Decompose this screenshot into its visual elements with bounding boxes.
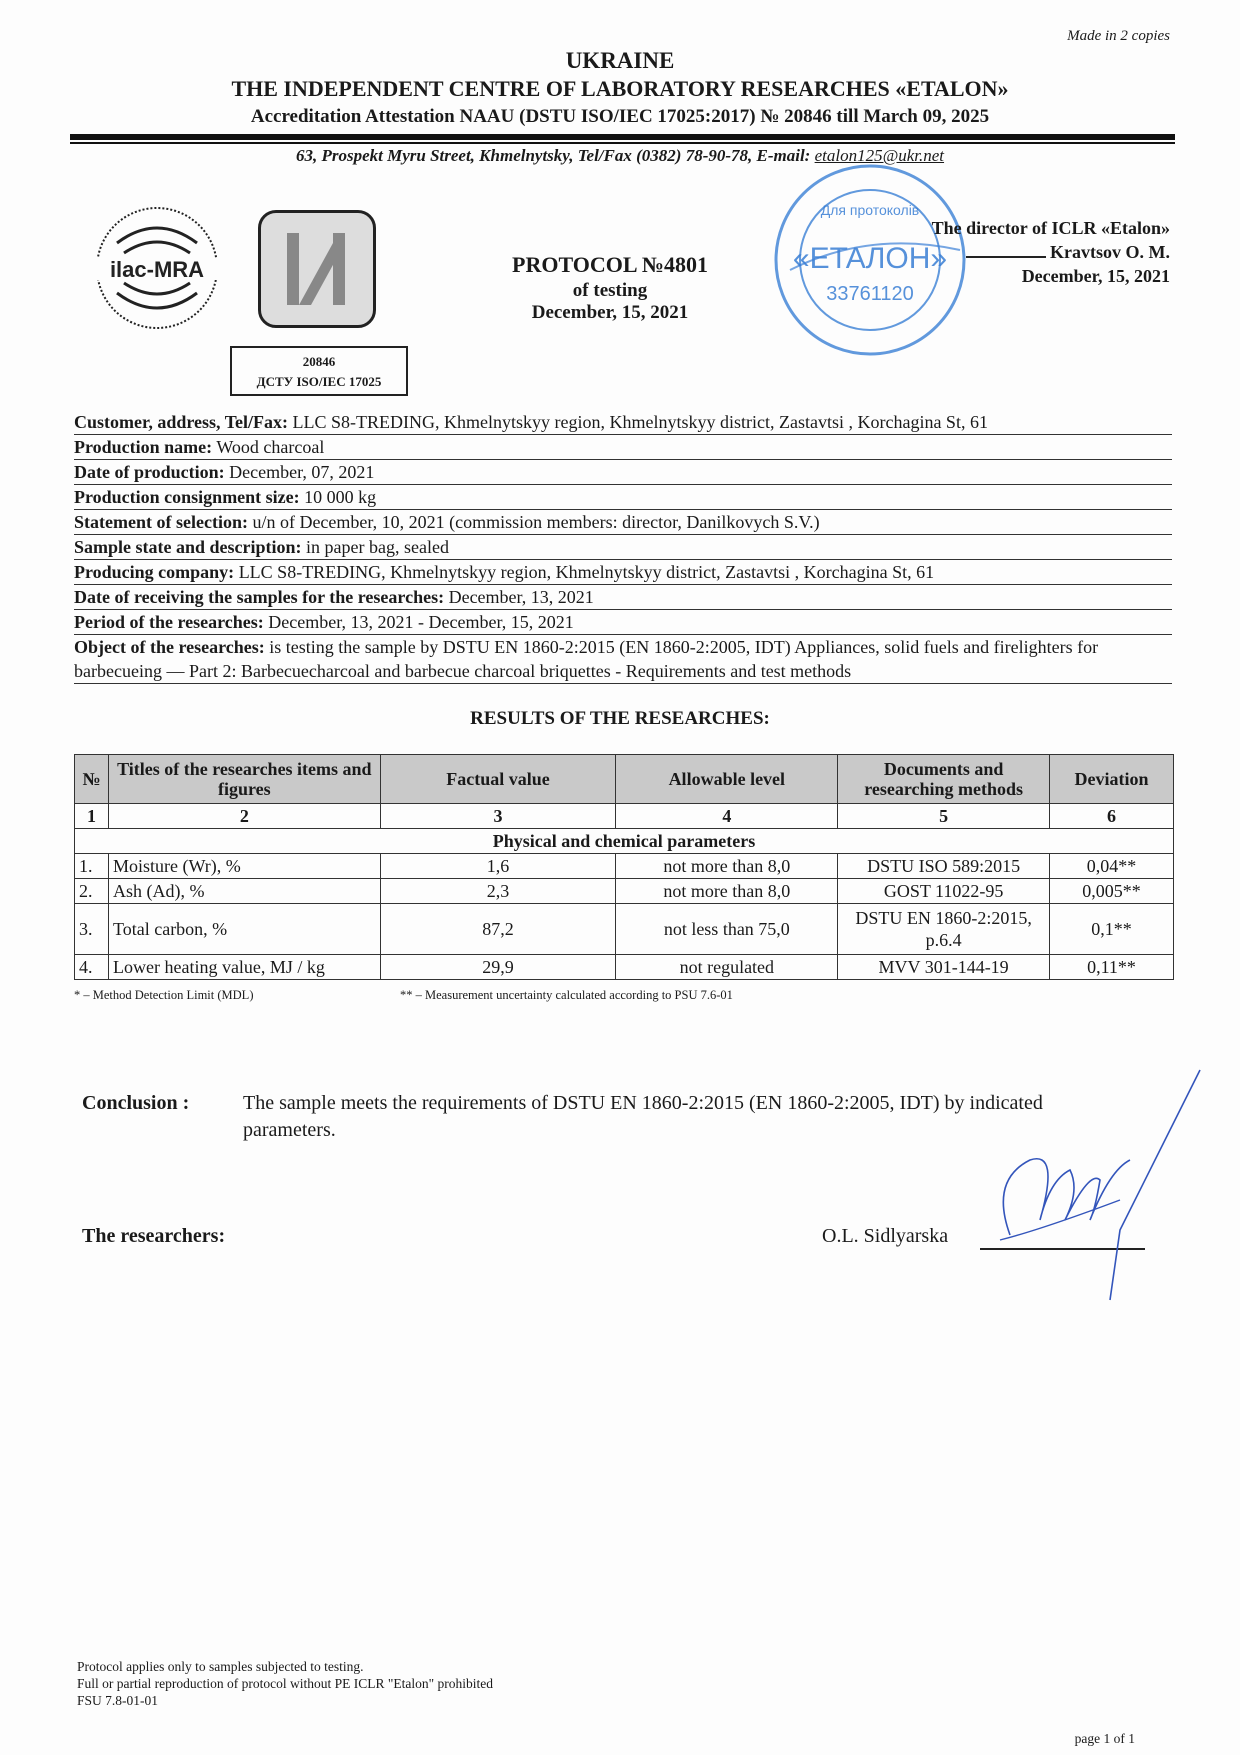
conclusion-label: Conclusion : bbox=[82, 1092, 189, 1115]
page-number: page 1 of 1 bbox=[1075, 1731, 1135, 1747]
director-signature-line bbox=[966, 256, 1046, 258]
results-table: № Titles of the researches items and fig… bbox=[74, 754, 1174, 980]
field-producing-company: Producing company: LLC S8-TREDING, Khmel… bbox=[74, 560, 1172, 585]
column-number-row: 1 2 3 4 5 6 bbox=[75, 804, 1174, 829]
ilac-mra-logo-icon: ilac-MRA bbox=[92, 203, 222, 333]
field-period-of-researches: Period of the researches: December, 13, … bbox=[74, 610, 1172, 635]
table-row: 2. Ash (Ad), % 2,3 not more than 8,0 GOS… bbox=[75, 879, 1174, 904]
table-row: 3. Total carbon, % 87,2 not less than 75… bbox=[75, 904, 1174, 955]
table-header-row: № Titles of the researches items and fig… bbox=[75, 755, 1174, 804]
accreditation-number: 20846 bbox=[232, 352, 406, 372]
svg-text:ilac-MRA: ilac-MRA bbox=[110, 257, 204, 282]
protocol-title: PROTOCOL №4801 bbox=[495, 252, 725, 278]
header-rule-thick bbox=[70, 134, 1175, 140]
director-title: The director of ICLR «Etalon» bbox=[870, 216, 1170, 240]
researcher-name: O.L. Sidlyarska bbox=[822, 1225, 948, 1248]
protocol-subtitle: of testing bbox=[495, 280, 725, 302]
col-header-deviation: Deviation bbox=[1050, 755, 1174, 804]
accreditation-number-box: 20846 ДСТУ ISO/IEC 17025 bbox=[230, 346, 408, 396]
national-accreditation-logo-icon bbox=[258, 210, 376, 328]
field-date-of-receiving: Date of receiving the samples for the re… bbox=[74, 585, 1172, 610]
field-production-name: Production name: Wood charcoal bbox=[74, 435, 1172, 460]
field-sample-state: Sample state and description: in paper b… bbox=[74, 535, 1172, 560]
header-country: UKRAINE bbox=[0, 48, 1240, 74]
header-organization: THE INDEPENDENT CENTRE OF LABORATORY RES… bbox=[0, 76, 1240, 102]
col-header-method: Documents and researching methods bbox=[838, 755, 1050, 804]
field-statement-of-selection: Statement of selection: u/n of December,… bbox=[74, 510, 1172, 535]
header-rule-thin bbox=[70, 142, 1175, 144]
results-title: RESULTS OF THE RESEARCHES: bbox=[0, 708, 1240, 730]
col-header-factual: Factual value bbox=[380, 755, 616, 804]
director-block: The director of ICLR «Etalon» Kravtsov O… bbox=[870, 216, 1170, 288]
director-date: December, 15, 2021 bbox=[870, 264, 1170, 288]
footer-line-3: FSU 7.8-01-01 bbox=[77, 1692, 493, 1709]
protocol-date: December, 15, 2021 bbox=[495, 302, 725, 324]
field-consignment-size: Production consignment size: 10 000 kg bbox=[74, 485, 1172, 510]
signature-icon bbox=[970, 1060, 1210, 1310]
address-text: 63, Prospekt Myru Street, Khmelnytsky, T… bbox=[296, 146, 815, 165]
footer-line-2: Full or partial reproduction of protocol… bbox=[77, 1675, 493, 1692]
col-header-title: Titles of the researches items and figur… bbox=[108, 755, 380, 804]
director-name: Kravtsov O. M. bbox=[1050, 242, 1170, 262]
copies-note: Made in 2 copies bbox=[1067, 28, 1170, 45]
table-row: 1. Moisture (Wr), % 1,6 not more than 8,… bbox=[75, 854, 1174, 879]
protocol-fields: Customer, address, Tel/Fax: LLC S8-TREDI… bbox=[74, 410, 1172, 684]
section-row: Physical and chemical parameters bbox=[75, 829, 1174, 854]
footer-line-1: Protocol applies only to samples subject… bbox=[77, 1658, 493, 1675]
table-row: 4. Lower heating value, MJ / kg 29,9 not… bbox=[75, 955, 1174, 980]
researchers-label: The researchers: bbox=[82, 1225, 225, 1248]
footnote-mdl: * – Method Detection Limit (MDL) bbox=[74, 988, 253, 1003]
footer-notes: Protocol applies only to samples subject… bbox=[77, 1658, 493, 1709]
protocol-title-block: PROTOCOL №4801 of testing December, 15, … bbox=[495, 252, 725, 324]
field-object-of-researches: Object of the researches: is testing the… bbox=[74, 635, 1172, 684]
accreditation-standard: ДСТУ ISO/IEC 17025 bbox=[232, 372, 406, 392]
col-header-allowable: Allowable level bbox=[616, 755, 838, 804]
header-accreditation: Accreditation Attestation NAAU (DSTU ISO… bbox=[0, 106, 1240, 128]
field-customer: Customer, address, Tel/Fax: LLC S8-TREDI… bbox=[74, 410, 1172, 435]
col-header-number: № bbox=[75, 755, 109, 804]
header-address: 63, Prospekt Myru Street, Khmelnytsky, T… bbox=[0, 146, 1240, 166]
footnote-uncertainty: ** – Measurement uncertainty calculated … bbox=[400, 988, 733, 1003]
field-date-of-production: Date of production: December, 07, 2021 bbox=[74, 460, 1172, 485]
